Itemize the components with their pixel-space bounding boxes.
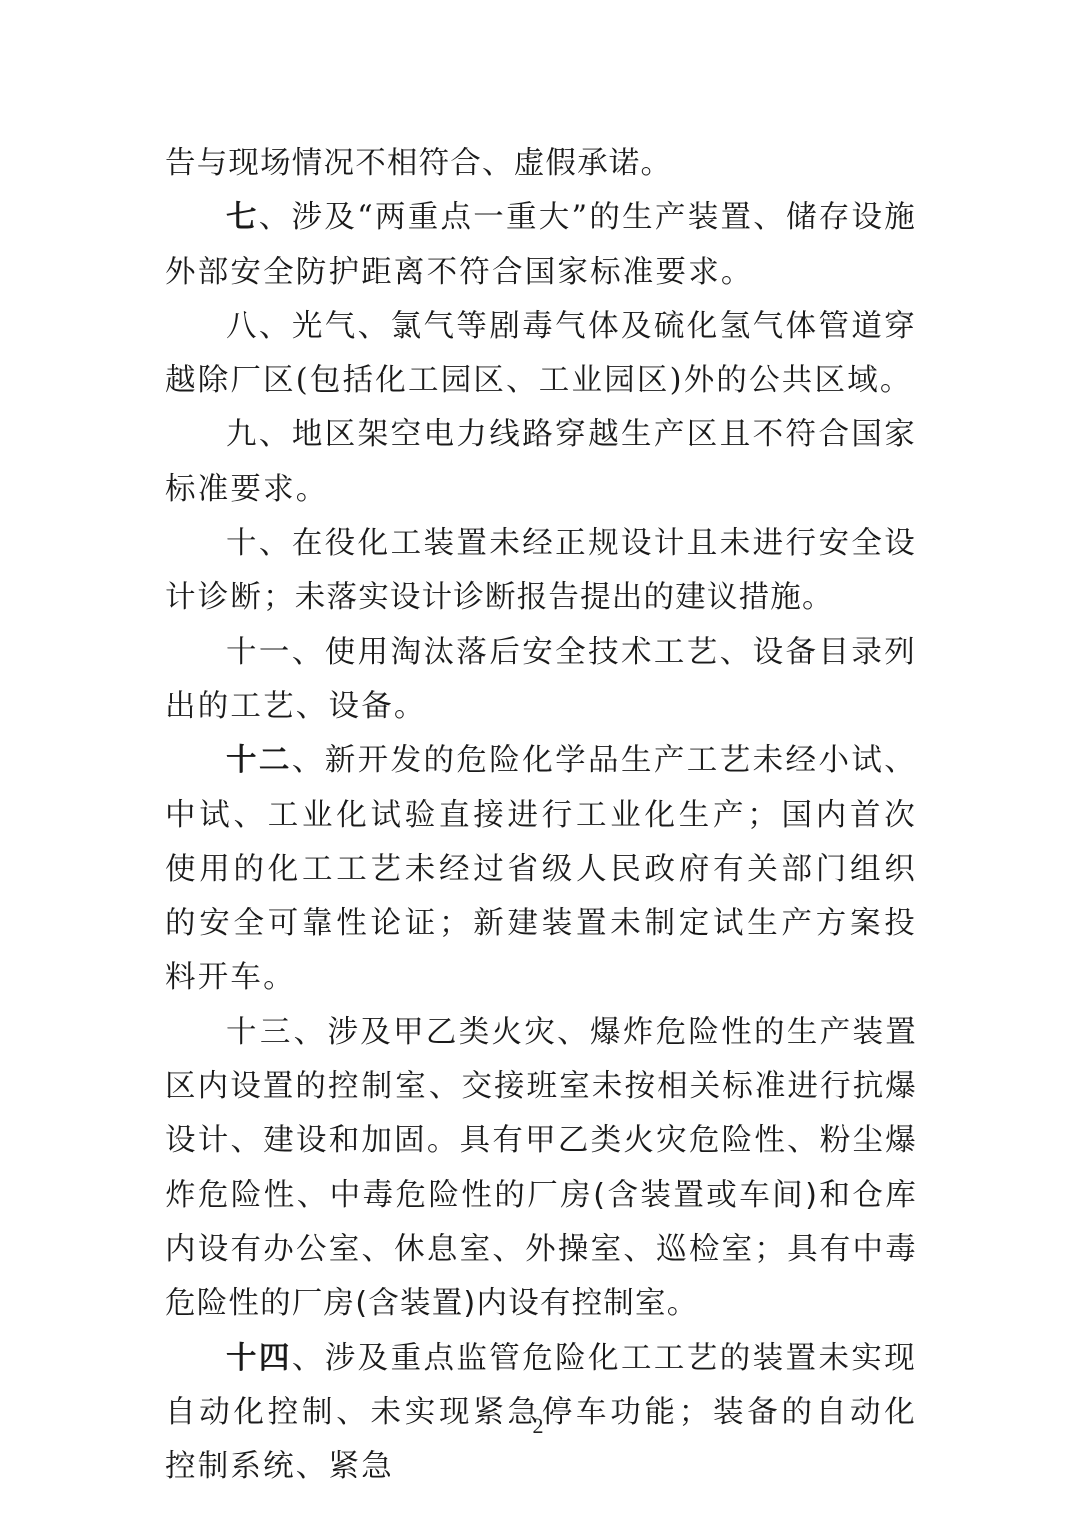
paragraph-item-12: 十二、新开发的危险化学品生产工艺未经小试、中试、工业化试验直接进行工业化生产；国… [165, 734, 917, 1005]
paragraph-text: 控制室 [328, 1069, 429, 1104]
paragraph-text-emphasis: 、交接班室未按相关标准进行抗爆设计、建设和加固。具有甲乙类火灾危险性、粉尘爆炸危… [165, 1069, 917, 1321]
item-number: 七 [226, 200, 259, 235]
paragraph-text: 八、光气、氯气等剧毒气体及硫化氢气体管道穿越除厂区(包括化工园区、工业园区)外的… [165, 309, 917, 398]
item-number: 十四 [226, 1341, 292, 1376]
paragraph-text: 、新开发的危险化学品生产工艺未经小试、中试、工业化试验直接进行工业化生产；国内首… [165, 743, 917, 995]
paragraph-item-8: 八、光气、氯气等剧毒气体及硫化氢气体管道穿越除厂区(包括化工园区、工业园区)外的… [165, 300, 917, 409]
item-number: 十二 [226, 743, 292, 778]
paragraph-text: 十一、使用淘汰落后安全技术工艺、设备目录列出的工艺、设备。 [165, 635, 917, 724]
item-number: 十三、 [226, 1015, 327, 1050]
page-number: 2 [528, 1413, 548, 1439]
paragraph-continuation: 告与现场情况不相符合、虚假承诺。 [165, 137, 917, 191]
paragraph-text-emphasis: ；未落实设计诊断报告提出的建议措施。 [263, 580, 834, 615]
paragraph-text: 、涉及“两重点一重大”的生产装置、储存设施外部安全防护距离不符合国家标准要求。 [165, 200, 917, 289]
paragraph-item-10: 十、在役化工装置未经正规设计且未进行安全设计诊断；未落实设计诊断报告提出的建议措… [165, 517, 917, 626]
document-body: 告与现场情况不相符合、虚假承诺。 七、涉及“两重点一重大”的生产装置、储存设施外… [165, 137, 917, 1494]
paragraph-item-7: 七、涉及“两重点一重大”的生产装置、储存设施外部安全防护距离不符合国家标准要求。 [165, 191, 917, 300]
paragraph-item-11: 十一、使用淘汰落后安全技术工艺、设备目录列出的工艺、设备。 [165, 626, 917, 735]
paragraph-item-13: 十三、涉及甲乙类火灾、爆炸危险性的生产装置区内设置的控制室、交接班室未按相关标准… [165, 1006, 917, 1332]
paragraph-text: 九、地区架空电力线路穿越生产区且不符合国家标准要求。 [165, 417, 917, 506]
paragraph-item-9: 九、地区架空电力线路穿越生产区且不符合国家标准要求。 [165, 408, 917, 517]
document-page: 告与现场情况不相符合、虚假承诺。 七、涉及“两重点一重大”的生产装置、储存设施外… [0, 0, 1080, 1528]
paragraph-text: 告与现场情况不相符合、虚假承诺。 [165, 146, 672, 181]
